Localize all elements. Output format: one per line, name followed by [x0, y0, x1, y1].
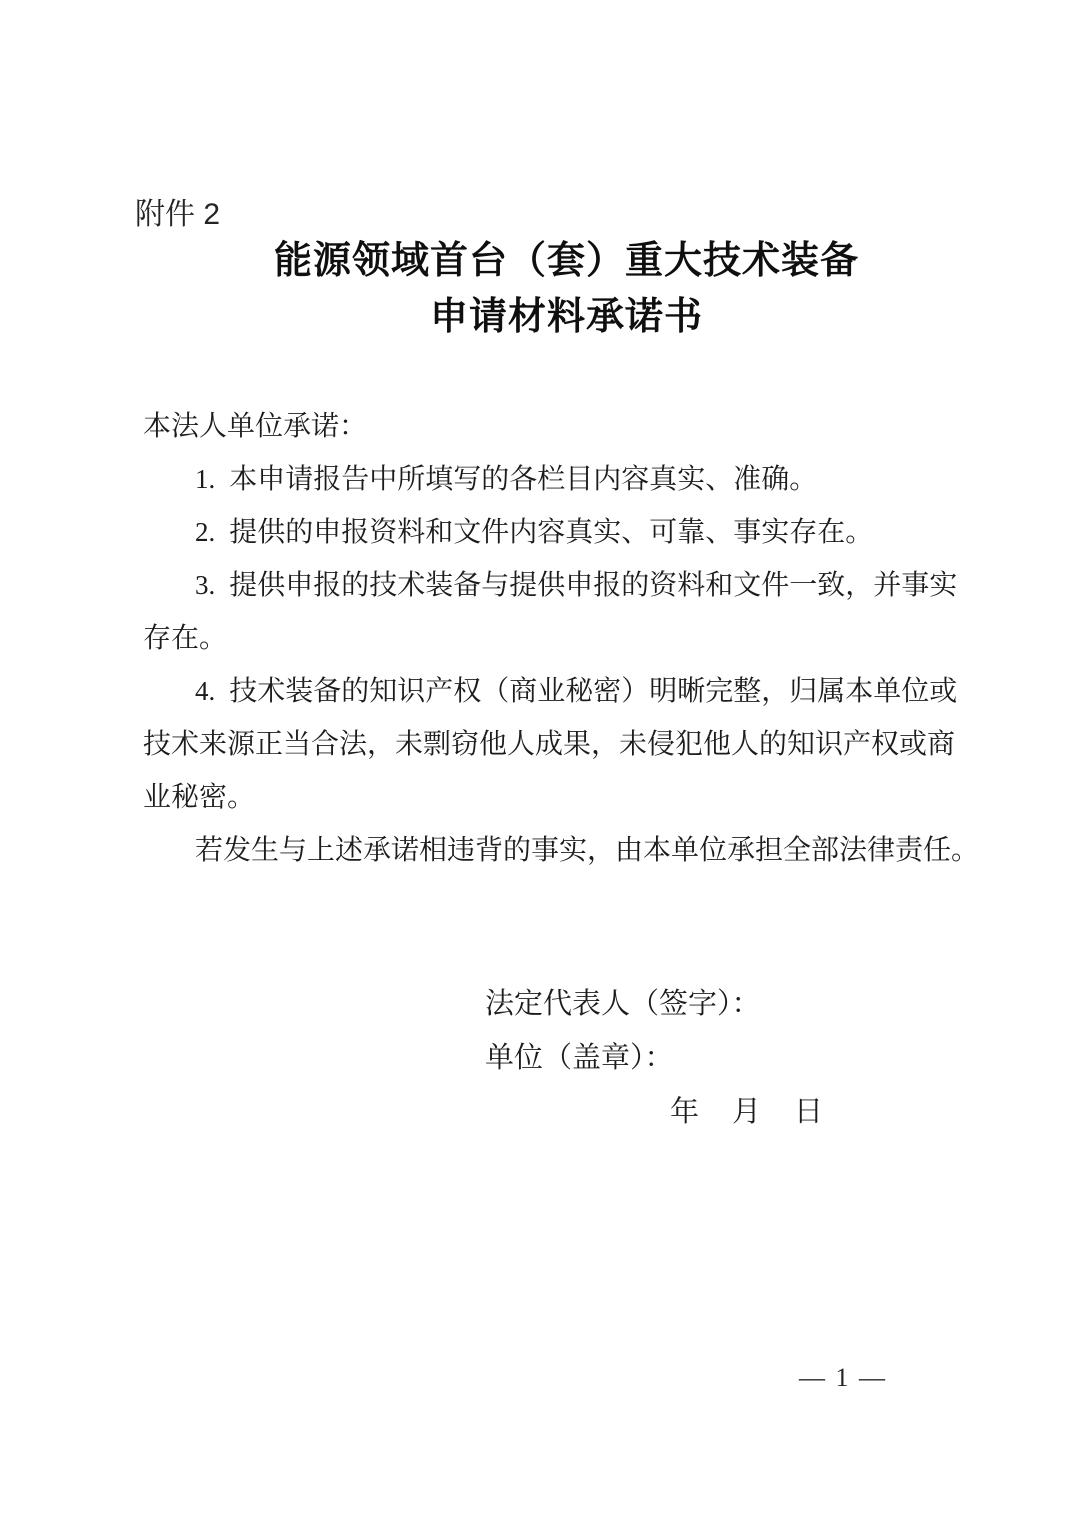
body-line-item-1: 1.本申请报告中所填写的各栏目内容真实、准确。 — [143, 452, 958, 505]
body-line-item-2: 2.提供的申报资料和文件内容真实、可靠、事实存在。 — [143, 505, 958, 558]
document-body: 本法人单位承诺： 1.本申请报告中所填写的各栏目内容真实、准确。 2.提供的申报… — [143, 399, 958, 876]
body-line-text: 业秘密。 — [143, 781, 255, 812]
date-line: 年 月 日 — [670, 1085, 825, 1139]
body-line-item-4: 4.技术装备的知识产权（商业秘密）明晰完整，归属本单位或 — [143, 664, 958, 717]
document-page: 附件 2 能源领域首台（套）重大技术装备 申请材料承诺书 本法人单位承诺： 1.… — [0, 0, 1080, 1527]
item-number: 1. — [195, 464, 215, 494]
item-number: 2. — [195, 517, 215, 547]
document-title: 能源领域首台（套）重大技术装备 申请材料承诺书 — [143, 233, 990, 345]
legal-representative-signature-line: 法定代表人（签字）： — [485, 977, 825, 1031]
body-line-text: 本法人单位承诺： — [143, 410, 367, 441]
body-line-item-4-cont-2: 业秘密。 — [143, 770, 958, 823]
item-number: 3. — [195, 570, 215, 600]
body-line-text: 技术来源正当合法，未剽窃他人成果，未侵犯他人的知识产权或商 — [143, 728, 955, 759]
unit-seal-line: 单位（盖章）： — [485, 1031, 825, 1085]
body-line-closing: 若发生与上述承诺相违背的事实，由本单位承担全部法律责任。 — [143, 823, 958, 876]
body-line-text: 提供的申报资料和文件内容真实、可靠、事实存在。 — [229, 516, 873, 547]
document-title-line-1: 能源领域首台（套）重大技术装备 — [143, 233, 990, 289]
body-line-text: 技术装备的知识产权（商业秘密）明晰完整，归属本单位或 — [229, 675, 957, 706]
body-line-item-4-cont-1: 技术来源正当合法，未剽窃他人成果，未侵犯他人的知识产权或商 — [143, 717, 958, 770]
body-line-item-3-cont: 存在。 — [143, 611, 958, 664]
body-line-text: 若发生与上述承诺相违背的事实，由本单位承担全部法律责任。 — [195, 834, 979, 865]
signature-block: 法定代表人（签字）： 单位（盖章）： 年 月 日 — [485, 977, 825, 1139]
attachment-label: 附件 2 — [135, 189, 220, 233]
item-number: 4. — [195, 676, 215, 706]
body-line-text: 提供申报的技术装备与提供申报的资料和文件一致，并事实 — [229, 569, 957, 600]
page-number: — 1 — — [799, 1363, 887, 1393]
body-line-text: 存在。 — [143, 622, 227, 653]
body-line-text: 本申请报告中所填写的各栏目内容真实、准确。 — [229, 463, 817, 494]
body-line-item-3: 3.提供申报的技术装备与提供申报的资料和文件一致，并事实 — [143, 558, 958, 611]
body-line-intro: 本法人单位承诺： — [143, 399, 958, 452]
document-title-line-2: 申请材料承诺书 — [143, 289, 990, 345]
